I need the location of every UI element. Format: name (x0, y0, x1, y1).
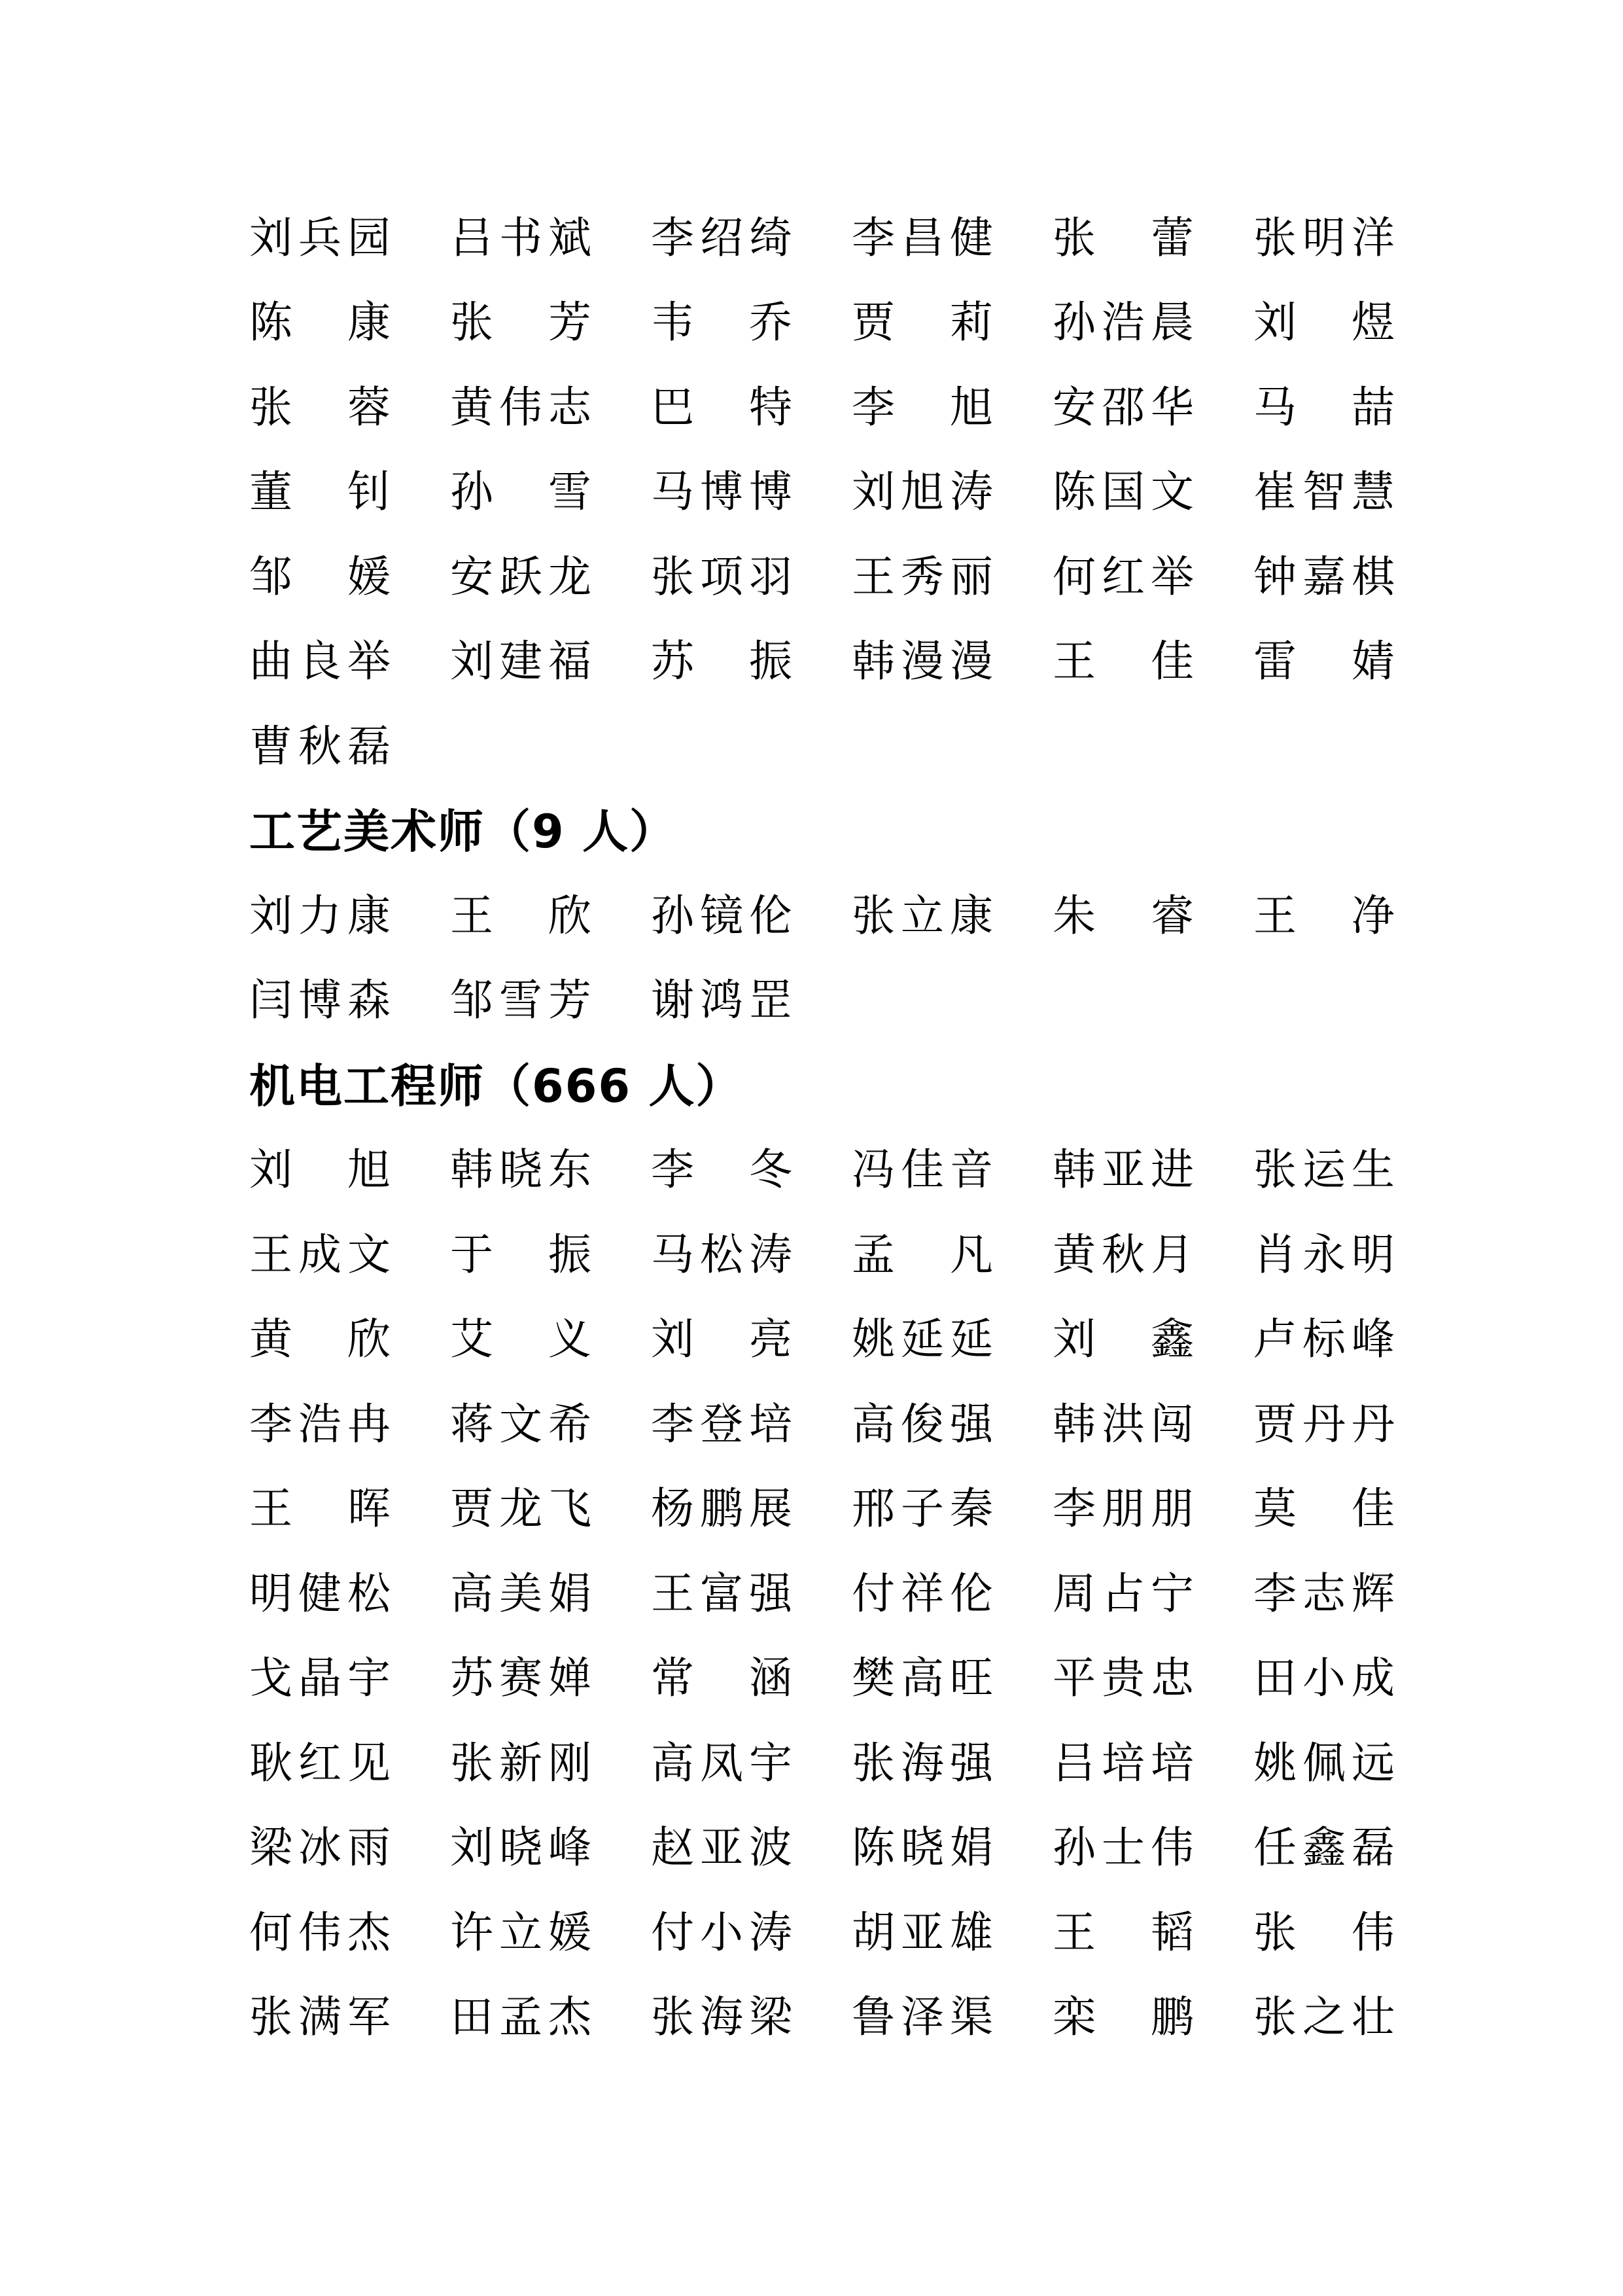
person-name: 张蓉 (249, 387, 391, 430)
name-row: 刘旭韩晓东李冬冯佳音韩亚进张运生 (249, 1129, 1427, 1214)
person-name: 张芳 (450, 302, 591, 345)
name-char: 赛 (499, 1657, 542, 1701)
person-name: 赵亚波 (651, 1827, 792, 1870)
name-char: 耿 (249, 1742, 292, 1786)
name-char: 建 (499, 641, 542, 684)
name-char: 培 (1151, 1742, 1194, 1786)
name-char: 朋 (1102, 1488, 1145, 1531)
name-char: 苏 (651, 641, 694, 684)
name-char: 晓 (901, 1827, 944, 1870)
name-char: 富 (700, 1573, 743, 1616)
name-char: 涛 (749, 1234, 792, 1277)
person-name: 任鑫磊 (1253, 1827, 1395, 1870)
name-char: 喆 (1352, 387, 1395, 430)
name-char: 韩 (1053, 1404, 1096, 1447)
name-char: 博 (298, 980, 341, 1023)
name-char: 嘉 (1302, 556, 1346, 599)
name-char: 伟 (1151, 1827, 1194, 1870)
name-char: 文 (499, 1404, 542, 1447)
name-char: 永 (1302, 1234, 1346, 1277)
name-char: 孙 (1053, 302, 1096, 345)
name-char: 亚 (1102, 1149, 1145, 1192)
person-name: 黄欣 (249, 1318, 391, 1362)
name-char: 士 (1102, 1827, 1145, 1870)
name-char: 杰 (548, 1996, 591, 2040)
name-char: 赵 (651, 1827, 694, 1870)
name-char: 丹 (1302, 1404, 1346, 1447)
name-char: 陈 (1053, 471, 1096, 514)
name-char: 雷 (1253, 641, 1297, 684)
name-char: 振 (749, 641, 792, 684)
person-name: 许立媛 (450, 1912, 591, 1955)
name-char: 周 (1053, 1573, 1096, 1616)
name-char: 陈 (249, 302, 292, 345)
name-char: 红 (298, 1742, 341, 1786)
name-char: 净 (1352, 895, 1395, 938)
name-char: 旭 (950, 387, 993, 430)
name-char: 王 (852, 556, 895, 599)
name-char: 旭 (901, 471, 944, 514)
name-char: 成 (1352, 1657, 1395, 1701)
name-char: 飞 (548, 1488, 591, 1531)
name-char: 孙 (450, 471, 493, 514)
person-name: 刘晓峰 (450, 1827, 591, 1870)
name-char: 浩 (298, 1404, 341, 1447)
person-name: 于振 (450, 1234, 591, 1277)
person-name: 樊高旺 (852, 1657, 993, 1701)
name-char: 刘 (249, 217, 292, 260)
name-char: 张 (1253, 1996, 1297, 2040)
name-char: 文 (1151, 471, 1194, 514)
person-name: 马松涛 (651, 1234, 792, 1277)
name-char: 佳 (901, 1149, 944, 1192)
name-char: 崔 (1253, 471, 1297, 514)
name-char: 之 (1302, 1996, 1346, 2040)
person-name: 平贵忠 (1053, 1657, 1194, 1701)
person-name: 鲁泽渠 (852, 1996, 993, 2040)
name-char: 雪 (548, 471, 591, 514)
name-char: 志 (1302, 1573, 1346, 1616)
name-char: 龙 (499, 1488, 542, 1531)
name-char: 义 (548, 1318, 591, 1362)
person-name: 苏振 (651, 641, 792, 684)
person-name: 王富强 (651, 1573, 792, 1616)
name-row: 闫博森邹雪芳谢鸿罡 (249, 959, 1427, 1044)
person-name: 李登培 (651, 1404, 792, 1447)
person-name: 田小成 (1253, 1657, 1395, 1701)
name-char: 李 (852, 217, 895, 260)
name-char: 康 (347, 302, 391, 345)
name-char: 张 (1253, 1912, 1297, 1955)
person-name: 陈康 (249, 302, 391, 345)
person-name: 刘亮 (651, 1318, 792, 1362)
name-char: 乔 (749, 302, 792, 345)
name-char: 冯 (852, 1149, 895, 1192)
person-name: 高俊强 (852, 1404, 993, 1447)
person-name: 张明洋 (1253, 217, 1395, 260)
name-char: 良 (298, 641, 341, 684)
name-char: 刘 (450, 1827, 493, 1870)
name-row: 张蓉黄伟志巴特李旭安邵华马喆 (249, 366, 1427, 451)
name-char: 芳 (548, 980, 591, 1023)
name-char: 王 (450, 895, 493, 938)
name-char: 红 (1102, 556, 1145, 599)
person-name: 马喆 (1253, 387, 1395, 430)
person-name: 艾义 (450, 1318, 591, 1362)
name-char: 洪 (1102, 1404, 1145, 1447)
person-name: 孙士伟 (1053, 1827, 1194, 1870)
name-row: 耿红见张新刚高凤宇张海强吕培培姚佩远 (249, 1722, 1427, 1807)
name-char: 安 (1053, 387, 1096, 430)
person-name: 王秀丽 (852, 556, 993, 599)
name-char: 李 (651, 1149, 694, 1192)
name-char: 慧 (1352, 471, 1395, 514)
person-name: 付祥伦 (852, 1573, 993, 1616)
person-name: 谢鸿罡 (651, 980, 792, 1023)
name-char: 蕾 (1151, 217, 1194, 260)
name-char: 媛 (347, 556, 391, 599)
name-char: 蓉 (347, 387, 391, 430)
name-char: 丹 (1352, 1404, 1395, 1447)
name-char: 邢 (852, 1488, 895, 1531)
name-char: 健 (298, 1573, 341, 1616)
name-char: 朋 (1151, 1488, 1194, 1531)
name-row: 李浩冉蒋文希李登培高俊强韩洪闯贾丹丹 (249, 1383, 1427, 1468)
name-char: 蒋 (450, 1404, 493, 1447)
person-name: 吕书斌 (450, 217, 591, 260)
name-char: 凡 (950, 1234, 993, 1277)
name-char: 明 (1352, 1234, 1395, 1277)
name-char: 俊 (901, 1404, 944, 1447)
name-char: 振 (548, 1234, 591, 1277)
name-char: 张 (450, 1742, 493, 1786)
name-row: 何伟杰许立媛付小涛胡亚雄王韬张伟 (249, 1891, 1427, 1976)
name-char: 旭 (347, 1149, 391, 1192)
person-name: 杨鹏展 (651, 1488, 792, 1531)
person-name: 王净 (1253, 895, 1395, 938)
person-name: 姚延延 (852, 1318, 993, 1362)
name-char: 闫 (249, 980, 292, 1023)
name-char: 安 (450, 556, 493, 599)
name-char: 佳 (1151, 641, 1194, 684)
person-name: 王佳 (1053, 641, 1194, 684)
name-char: 何 (1053, 556, 1096, 599)
name-char: 亮 (749, 1318, 792, 1362)
person-name: 钟嘉棋 (1253, 556, 1395, 599)
person-name: 吕培培 (1053, 1742, 1194, 1786)
name-char: 王 (651, 1573, 694, 1616)
name-char: 忠 (1151, 1657, 1194, 1701)
person-name: 张满军 (249, 1996, 391, 2040)
person-name: 张海强 (852, 1742, 993, 1786)
person-name: 邹雪芳 (450, 980, 591, 1023)
name-char: 强 (950, 1742, 993, 1786)
person-name: 李绍绮 (651, 217, 792, 260)
name-char: 斌 (548, 217, 591, 260)
person-name: 苏赛婵 (450, 1657, 591, 1701)
name-char: 运 (1302, 1149, 1346, 1192)
name-char: 马 (651, 471, 694, 514)
name-char: 马 (651, 1234, 694, 1277)
name-char: 黄 (1053, 1234, 1096, 1277)
name-char: 付 (852, 1573, 895, 1616)
name-char: 刘 (1053, 1318, 1096, 1362)
name-char: 秦 (950, 1488, 993, 1531)
name-char: 旺 (950, 1657, 993, 1701)
person-name: 李朋朋 (1053, 1488, 1194, 1531)
name-char: 秋 (1102, 1234, 1145, 1277)
name-char: 樊 (852, 1657, 895, 1701)
person-name: 高美娟 (450, 1573, 591, 1616)
name-char: 贾 (852, 302, 895, 345)
name-char: 亚 (901, 1912, 944, 1955)
name-char: 莉 (950, 302, 993, 345)
name-char: 园 (347, 217, 391, 260)
name-char: 智 (1302, 471, 1346, 514)
name-char: 肖 (1253, 1234, 1297, 1277)
name-char: 冬 (749, 1149, 792, 1192)
name-char: 佳 (1352, 1488, 1395, 1531)
name-char: 李 (1053, 1488, 1096, 1531)
person-name: 贾莉 (852, 302, 993, 345)
name-row: 黄欣艾义刘亮姚延延刘鑫卢标峰 (249, 1298, 1427, 1383)
name-char: 项 (700, 556, 743, 599)
person-name: 王欣 (450, 895, 591, 938)
name-char: 举 (347, 641, 391, 684)
name-char: 丽 (950, 556, 993, 599)
name-char: 王 (1053, 641, 1096, 684)
name-char: 强 (950, 1404, 993, 1447)
person-name: 李旭 (852, 387, 993, 430)
name-char: 康 (950, 895, 993, 938)
name-char: 于 (450, 1234, 493, 1277)
name-char: 祥 (901, 1573, 944, 1616)
person-name: 刘鑫 (1053, 1318, 1194, 1362)
person-name: 王成文 (249, 1234, 391, 1277)
name-char: 栾 (1053, 1996, 1096, 2040)
name-char: 冰 (298, 1827, 341, 1870)
name-char: 海 (700, 1996, 743, 2040)
name-char: 军 (347, 1996, 391, 2040)
person-name: 张蕾 (1053, 217, 1194, 260)
name-char: 王 (1053, 1912, 1096, 1955)
name-char: 兵 (298, 217, 341, 260)
name-char: 康 (347, 895, 391, 938)
name-char: 磊 (347, 726, 391, 769)
name-char: 进 (1151, 1149, 1194, 1192)
name-char: 鸿 (700, 980, 743, 1023)
name-char: 培 (749, 1404, 792, 1447)
person-name: 栾鹏 (1053, 1996, 1194, 2040)
name-char: 曲 (249, 641, 292, 684)
name-char: 涛 (950, 471, 993, 514)
name-char: 黄 (249, 1318, 292, 1362)
name-char: 谢 (651, 980, 694, 1023)
person-name: 安邵华 (1053, 387, 1194, 430)
name-char: 戈 (249, 1657, 292, 1701)
name-char: 志 (548, 387, 591, 430)
name-char: 高 (852, 1404, 895, 1447)
name-char: 刘 (450, 641, 493, 684)
person-name: 邢子秦 (852, 1488, 993, 1531)
name-char: 田 (1253, 1657, 1297, 1701)
name-char: 鑫 (1302, 1827, 1346, 1870)
person-name: 张新刚 (450, 1742, 591, 1786)
name-char: 占 (1102, 1573, 1145, 1616)
name-char: 峰 (1352, 1318, 1395, 1362)
name-char: 伟 (298, 1912, 341, 1955)
name-char: 刘 (249, 1149, 292, 1192)
person-name: 陈晓娟 (852, 1827, 993, 1870)
person-name: 孟凡 (852, 1234, 993, 1277)
person-name: 刘煜 (1253, 302, 1395, 345)
name-char: 特 (749, 387, 792, 430)
name-char: 成 (298, 1234, 341, 1277)
person-name: 田孟杰 (450, 1996, 591, 2040)
name-char: 松 (347, 1573, 391, 1616)
person-name: 何伟杰 (249, 1912, 391, 1955)
name-char: 雪 (499, 980, 542, 1023)
name-char: 娟 (548, 1573, 591, 1616)
person-name: 雷婧 (1253, 641, 1395, 684)
person-name: 孙雪 (450, 471, 591, 514)
name-char: 刘 (651, 1318, 694, 1362)
name-char: 田 (450, 1996, 493, 2040)
name-char: 李 (651, 1404, 694, 1447)
name-char: 张 (450, 302, 493, 345)
name-row: 董钊孙雪马博博刘旭涛陈国文崔智慧 (249, 451, 1427, 536)
person-name: 高凤宇 (651, 1742, 792, 1786)
person-name: 李昌健 (852, 217, 993, 260)
name-char: 东 (548, 1149, 591, 1192)
person-name: 胡亚雄 (852, 1912, 993, 1955)
name-row: 张满军田孟杰张海梁鲁泽渠栾鹏张之壮 (249, 1976, 1427, 2061)
person-name: 贾丹丹 (1253, 1404, 1395, 1447)
name-char: 高 (901, 1657, 944, 1701)
name-row: 刘力康王欣孙镜伦张立康朱睿王净 (249, 874, 1427, 959)
person-name: 冯佳音 (852, 1149, 993, 1192)
name-char: 晨 (1151, 302, 1194, 345)
name-char: 文 (347, 1234, 391, 1277)
name-char: 张 (249, 1996, 292, 2040)
person-name: 黄秋月 (1053, 1234, 1194, 1277)
name-char: 罡 (749, 980, 792, 1023)
name-char: 宇 (347, 1657, 391, 1701)
name-char: 常 (651, 1657, 694, 1701)
person-name: 卢标峰 (1253, 1318, 1395, 1362)
name-char: 杰 (347, 1912, 391, 1955)
person-name: 韩亚进 (1053, 1149, 1194, 1192)
name-char: 洋 (1352, 217, 1395, 260)
name-char: 董 (249, 471, 292, 514)
name-char: 龙 (548, 556, 591, 599)
person-name: 周占宁 (1053, 1573, 1194, 1616)
person-name: 肖永明 (1253, 1234, 1395, 1277)
name-list-body: 刘兵园吕书斌李绍绮李昌健张蕾张明洋陈康张芳韦乔贾莉孙浩晨刘煜张蓉黄伟志巴特李旭安… (249, 196, 1427, 2060)
person-name: 刘力康 (249, 895, 391, 938)
name-row: 陈康张芳韦乔贾莉孙浩晨刘煜 (249, 281, 1427, 366)
name-char: 王 (1253, 895, 1297, 938)
name-row: 王晖贾龙飞杨鹏展邢子秦李朋朋莫佳 (249, 1468, 1427, 1553)
person-name: 马博博 (651, 471, 792, 514)
person-name: 张立康 (852, 895, 993, 938)
name-char: 张 (852, 895, 895, 938)
person-name: 张伟 (1253, 1912, 1395, 1955)
person-name: 邹媛 (249, 556, 391, 599)
person-name: 李浩冉 (249, 1404, 391, 1447)
name-char: 黄 (450, 387, 493, 430)
person-name: 黄伟志 (450, 387, 591, 430)
name-char: 晶 (298, 1657, 341, 1701)
name-char: 煜 (1352, 302, 1395, 345)
name-char: 莫 (1253, 1488, 1297, 1531)
name-char: 孟 (852, 1234, 895, 1277)
name-char: 小 (700, 1912, 743, 1955)
name-char: 波 (749, 1827, 792, 1870)
name-char: 音 (950, 1149, 993, 1192)
person-name: 刘旭涛 (852, 471, 993, 514)
name-char: 美 (499, 1573, 542, 1616)
person-name: 刘建福 (450, 641, 591, 684)
name-char: 海 (901, 1742, 944, 1786)
name-char: 韩 (450, 1149, 493, 1192)
name-char: 吕 (1053, 1742, 1096, 1786)
name-char: 晓 (499, 1827, 542, 1870)
name-char: 绍 (700, 217, 743, 260)
name-char: 国 (1102, 471, 1145, 514)
name-char: 希 (548, 1404, 591, 1447)
name-char: 任 (1253, 1827, 1297, 1870)
name-char: 胡 (852, 1912, 895, 1955)
name-char: 许 (450, 1912, 493, 1955)
name-char: 刘 (249, 895, 292, 938)
name-char: 延 (901, 1318, 944, 1362)
person-name: 常涵 (651, 1657, 792, 1701)
person-name: 张项羽 (651, 556, 792, 599)
name-char: 陈 (852, 1827, 895, 1870)
name-char: 举 (1151, 556, 1194, 599)
person-name: 朱睿 (1053, 895, 1194, 938)
name-char: 浩 (1102, 302, 1145, 345)
person-name: 韦乔 (651, 302, 792, 345)
name-char: 邹 (450, 980, 493, 1023)
name-char: 闯 (1151, 1404, 1194, 1447)
name-char: 福 (548, 641, 591, 684)
person-name: 梁冰雨 (249, 1827, 391, 1870)
name-char: 张 (852, 1742, 895, 1786)
name-char: 贾 (450, 1488, 493, 1531)
name-char: 钊 (347, 471, 391, 514)
name-char: 李 (249, 1404, 292, 1447)
name-char: 秀 (901, 556, 944, 599)
name-char: 孟 (499, 1996, 542, 2040)
name-char: 伦 (749, 895, 792, 938)
person-name: 曲良举 (249, 641, 391, 684)
person-name: 姚佩远 (1253, 1742, 1395, 1786)
name-row: 明健松高美娟王富强付祥伦周占宁李志辉 (249, 1552, 1427, 1637)
name-char: 冉 (347, 1404, 391, 1447)
name-char: 宁 (1151, 1573, 1194, 1616)
name-char: 凤 (700, 1742, 743, 1786)
section-heading-craft-artist-section: 工艺美术师（9 人） (249, 790, 1427, 875)
name-char: 梁 (249, 1827, 292, 1870)
name-char: 健 (950, 217, 993, 260)
name-char: 韩 (852, 641, 895, 684)
person-name: 曹秋磊 (249, 726, 391, 769)
name-char: 松 (700, 1234, 743, 1277)
name-char: 峰 (548, 1827, 591, 1870)
document-page: 刘兵园吕书斌李绍绮李昌健张蕾张明洋陈康张芳韦乔贾莉孙浩晨刘煜张蓉黄伟志巴特李旭安… (0, 0, 1623, 2296)
